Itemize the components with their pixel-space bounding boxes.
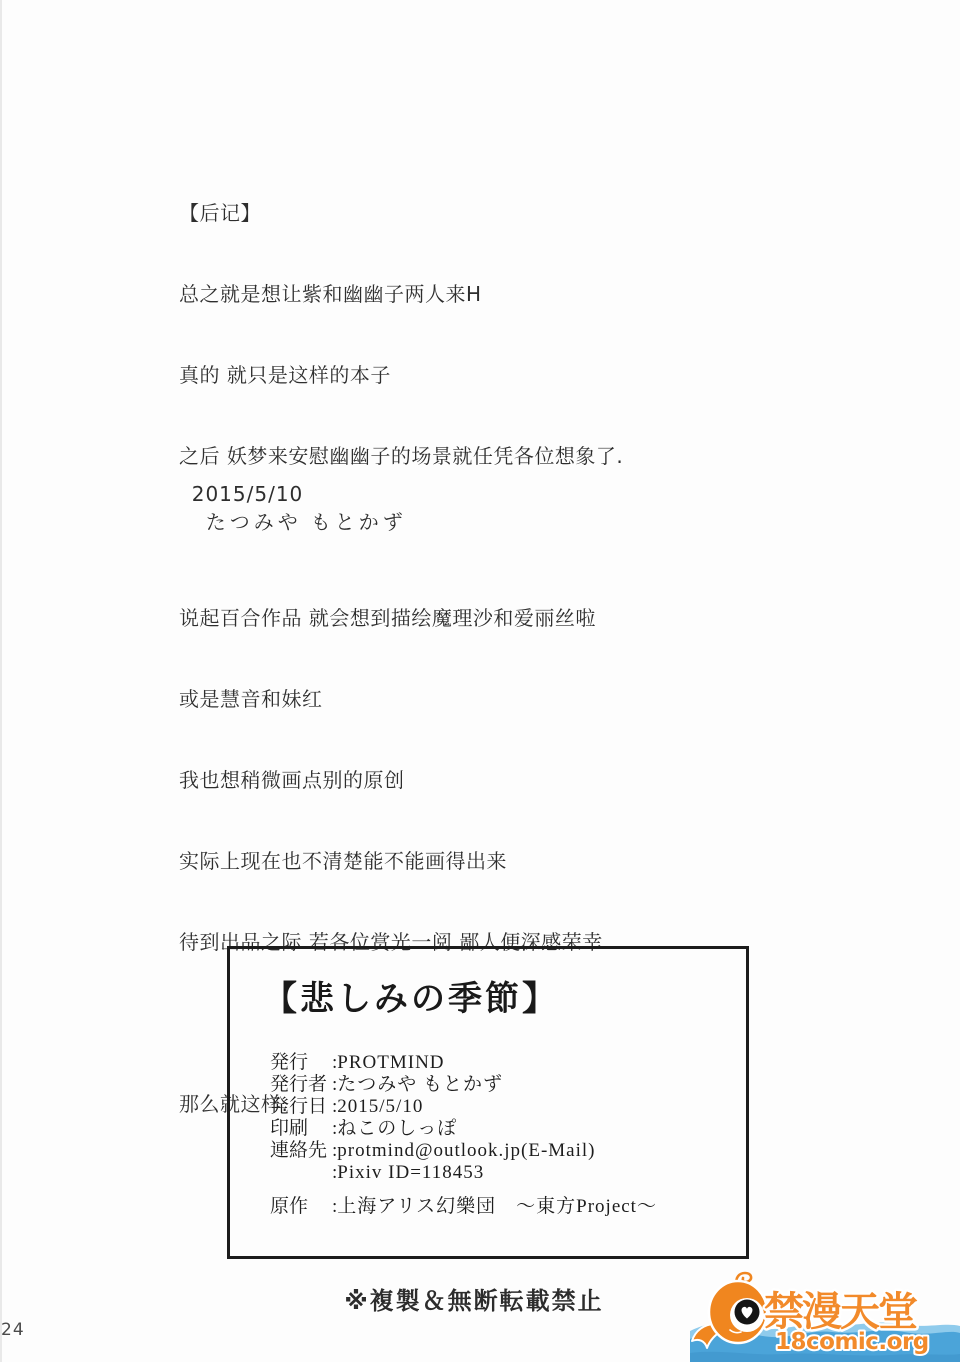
afterword-line: 或是慧音和妹红 bbox=[179, 686, 623, 713]
colophon-rows: 発行 : PROTMIND 発行者 : たつみや もとかず 発行日 : 2015… bbox=[270, 1052, 657, 1218]
afterword-author: たつみや もとかず bbox=[206, 512, 407, 534]
afterword-line: 真的 就只是这样的本子 bbox=[179, 362, 623, 389]
scan-edge-artifact bbox=[0, 0, 2, 1362]
afterword-line: 我也想稍微画点别的原创 bbox=[179, 767, 623, 794]
afterword-line: 总之就是想让紫和幽幽子两人来H bbox=[179, 281, 623, 308]
colophon-value: Pixiv ID=118453 bbox=[337, 1162, 484, 1184]
watermark-site-url: 18comic.org bbox=[775, 1329, 929, 1355]
colophon-row-contact-pixiv: : Pixiv ID=118453 bbox=[270, 1162, 657, 1184]
afterword-heading: 【后记】 bbox=[179, 200, 623, 227]
page-number: 24 bbox=[1, 1320, 25, 1340]
whale-mascot-icon bbox=[692, 1273, 767, 1348]
colophon-label bbox=[270, 1162, 332, 1184]
colophon-row-date: 発行日 : 2015/5/10 bbox=[270, 1096, 657, 1118]
colophon-row-author: 発行者 : たつみや もとかず bbox=[270, 1074, 657, 1096]
colophon-label: 発行 bbox=[270, 1052, 332, 1074]
colophon-value: たつみや もとかず bbox=[337, 1074, 503, 1096]
colophon-label: 原作 bbox=[270, 1196, 332, 1218]
book-title: 【悲しみの季節】 bbox=[263, 971, 559, 1020]
colophon-value: 上海アリス幻樂団 ～東方Project～ bbox=[337, 1196, 657, 1218]
afterword-line: 实际上现在也不清楚能不能画得出来 bbox=[179, 848, 623, 875]
colophon-label: 連絡先 bbox=[270, 1140, 332, 1162]
colophon-label: 発行日 bbox=[270, 1096, 332, 1118]
colophon-label: 印刷 bbox=[270, 1118, 332, 1140]
colophon-label: 発行者 bbox=[270, 1074, 332, 1096]
afterword-date: 2015/5/10 bbox=[192, 482, 304, 506]
colophon-value: PROTMIND bbox=[337, 1052, 444, 1074]
colophon-row-printer: 印刷 : ねこのしっぽ bbox=[270, 1118, 657, 1140]
afterword-date-line: 2015/5/10 たつみや もとかず bbox=[179, 458, 407, 535]
colophon-value: 2015/5/10 bbox=[337, 1096, 423, 1118]
colophon-row-publisher: 発行 : PROTMIND bbox=[270, 1052, 657, 1074]
colophon-row-original-work: 原作 : 上海アリス幻樂団 ～東方Project～ bbox=[270, 1196, 657, 1218]
afterword-line: 说起百合作品 就会想到描绘魔理沙和爱丽丝啦 bbox=[179, 605, 623, 632]
no-reproduction-notice: ※複製＆無断転載禁止 bbox=[213, 1281, 735, 1316]
colophon-value: protmind@outlook.jp(E-Mail) bbox=[337, 1140, 595, 1162]
colophon-value: ねこのしっぽ bbox=[337, 1118, 457, 1140]
colophon-box: 【悲しみの季節】 発行 : PROTMIND 発行者 : たつみや もとかず 発… bbox=[227, 946, 749, 1259]
18comic-watermark-logo: 禁漫天堂 18comic.org bbox=[690, 1268, 960, 1362]
colophon-row-contact-email: 連絡先 : protmind@outlook.jp(E-Mail) bbox=[270, 1140, 657, 1162]
